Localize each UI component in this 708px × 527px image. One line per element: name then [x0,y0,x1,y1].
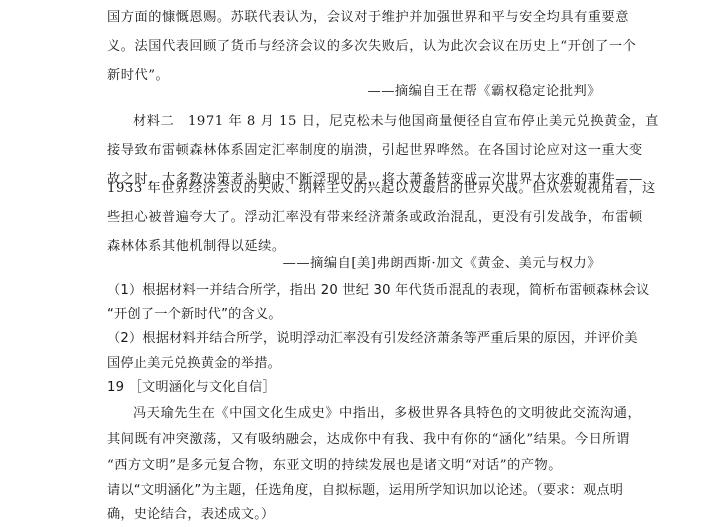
question-19-prompt-line: 确，史论结合，表述成文。） [107,506,601,524]
material-one-source: ——摘编自王在帮《霸权稳定论批判》 [107,83,601,101]
question-19-heading: 19 ［文明涵化与文化自信］ [107,379,601,397]
question-1-line: （1）根据材料一并结合所学，指出 20 世纪 30 年代货币混乱的表现，简析布雷… [107,282,601,300]
material-two-line: 森林体系其他机制得以延续。 [107,238,601,256]
question-19-prompt-line: 请以“文明涵化”为主题，任选角度，自拟标题，运用所学知识加以论述。（要求：观点明 [107,482,601,500]
material-two-line: 材料二 1971 年 8 月 15 日，尼克松未与他国商量便径自宣布停止美元兑换… [107,113,601,131]
material-one-line: 国方面的慷慨恩赐。苏联代表认为，会议对于维护并加强世界和平与安全均具有重要意 [107,9,601,27]
material-two-line: 些担心被普遍夸大了。浮动汇率没有带来经济萧条或政治混乱，更没有引发战争，布雷顿 [107,209,601,227]
material-one-line: 义。法国代表回顾了货币与经济会议的多次失败后，认为此次会议在历史上“开创了一个 [107,38,601,56]
material-two-source: ——摘编自[美]弗朗西斯·加文《黄金、美元与权力》 [107,255,601,273]
material-two-line: 1933 年世界经济会议的失败、纳粹主义的兴起以及最后的世界大战。但从宏观视角看… [107,180,601,198]
question-19-passage-line: 其间既有冲突激荡，又有吸纳融会，达成你中有我、我中有你的“涵化”结果。今日所谓 [107,431,601,449]
question-19-passage-line: “西方文明”是多元复合物，东亚文明的持续发展也是诸文明“对话”的产物。 [107,457,601,475]
question-1-line: “开创了一个新时代”的含义。 [107,306,601,324]
question-19-passage-line: 冯天瑜先生在《中国文化生成史》中指出，多极世界各具特色的文明彼此交流沟通， [107,405,601,423]
material-two-line: 接导致布雷顿森林体系固定汇率制度的崩溃，引起世界哗然。在各国讨论应对这一重大变 [107,142,601,160]
question-2-line: 国停止美元兑换黄金的举措。 [107,355,601,373]
question-2-line: （2）根据材料并结合所学，说明浮动汇率没有引发经济萧条等严重后果的原因，并评价美 [107,330,601,348]
